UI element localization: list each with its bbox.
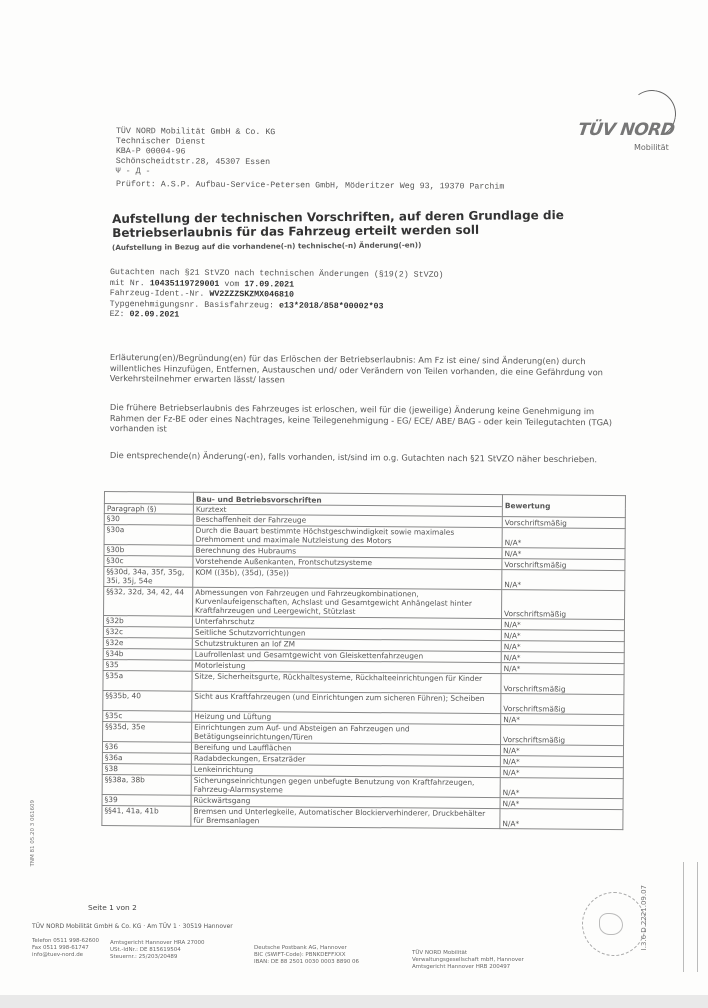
pruefort: Prüfort: A.S.P. Aufbau-Service-Petersen …	[116, 180, 504, 192]
label: mit Nr.	[110, 278, 150, 287]
cell-bewertung: N/A*	[501, 641, 624, 653]
cell-paragraph: §35	[103, 659, 192, 671]
cell-bewertung: Vorschriftsmäßig	[501, 674, 624, 695]
cell-paragraph: §§38a, 38b	[102, 774, 191, 795]
margin-line	[697, 862, 698, 972]
footer-line: BIC (SWIFT-Code): PBNKDEFFXXX	[254, 952, 359, 959]
gutachten-info: Gutachten nach §21 StVZO nach technische…	[110, 268, 444, 323]
document-subtitle: (Aufstellung in Bezug auf die vorhandene…	[112, 240, 421, 252]
document-page: TÜV NORD Mobilität TÜV NORD Mobilität Gm…	[0, 0, 708, 995]
cell-paragraph: §30b	[104, 545, 193, 557]
cell-kurztext: Sicherungseinrichtungen gegen unbefugte …	[191, 775, 500, 797]
stamp-date: I.3.6 D 2221.09.07	[640, 885, 648, 950]
cell-bewertung: N/A*	[501, 663, 624, 675]
cell-bewertung: Vorschriftsmäßig	[502, 590, 625, 620]
cell-bewertung: N/A*	[501, 714, 624, 726]
footer-line: Telefon 0511 998-62600	[32, 938, 99, 945]
cell-kurztext: Einrichtungen zum Auf- und Absteigen an …	[192, 722, 501, 744]
cell-paragraph: §§32, 32d, 34, 42, 44	[104, 587, 193, 617]
cell-paragraph: §35c	[103, 710, 192, 722]
cell-paragraph: §39	[102, 794, 191, 806]
vin: WV2ZZZSKZMX046810	[209, 290, 294, 300]
ez-line: EZ: 02.09.2021	[110, 310, 444, 323]
cell-paragraph: §§30d, 34a, 35f, 35g, 35i, 35j, 54e	[104, 567, 193, 588]
table-body: §30Beschaffenheit der FahrzeugeVorschrif…	[102, 514, 625, 830]
header-paragraph: Paragraph (§)	[104, 504, 193, 515]
footer-line: Fax 0511 998-61747	[32, 945, 99, 952]
footer-line: TÜV NORD Mobilität	[412, 950, 524, 957]
gutachten-date: 17.09.2021	[244, 280, 294, 289]
cell-bewertung: N/A*	[500, 745, 623, 757]
footer-line: IBAN: DE 88 2501 0030 0003 8890 06	[254, 959, 359, 966]
document-title: Aufstellung der technischen Vorschriften…	[112, 208, 572, 240]
footer-bank: Deutsche Postbank AG, Hannover BIC (SWIF…	[254, 945, 359, 966]
footer-management: TÜV NORD Mobilität Verwaltungsgesellscha…	[412, 950, 524, 971]
cell-kurztext: KOM ((35b), (35d), (35e))	[193, 567, 502, 589]
gutachten-number: 10435119729001	[150, 279, 220, 289]
cell-paragraph: §§35d, 35e	[103, 721, 192, 742]
cell-paragraph: §32e	[103, 637, 192, 649]
label: vom	[219, 279, 244, 288]
cell-paragraph: §38	[102, 763, 191, 775]
type-approval: e13*2018/858*00002*03	[279, 301, 384, 311]
stamp-emblem	[599, 913, 623, 935]
explanation-1: Erläuterung(en)/Begründung(en) für das E…	[110, 352, 630, 388]
table-row: §§41, 41a, 41bBremsen und Unterlegkeile,…	[102, 805, 623, 829]
cell-bewertung: N/A*	[500, 798, 623, 810]
footer-registry: Amtsgericht Hannover HRA 27000 USt.-IdNr…	[110, 940, 204, 961]
cell-bewertung: N/A*	[500, 756, 623, 768]
header-bewertung: Bewertung	[502, 495, 625, 518]
cell-paragraph: §30a	[104, 525, 193, 546]
page-number: Seite 1 von 2	[88, 903, 137, 912]
logo-sub: Mobilität	[634, 143, 669, 152]
footer-line: Deutsche Postbank AG, Hannover	[254, 945, 359, 952]
cell-bewertung: N/A*	[501, 619, 624, 631]
label: Typgenehmigungsnr. Basisfahrzeug:	[110, 299, 279, 309]
footer-line: Verwaltungsgesellschaft mbH, Hannover	[412, 957, 524, 964]
cell-kurztext: Abmessungen von Fahrzeugen und Fahrzeugk…	[193, 587, 502, 618]
cell-paragraph: §36	[102, 741, 191, 753]
cell-paragraph: §35a	[103, 670, 192, 691]
cell-bewertung: N/A*	[501, 652, 624, 664]
cell-kurztext: Bremsen und Unterlegkeile, Automatischer…	[191, 806, 500, 828]
cell-paragraph: §36a	[102, 752, 191, 764]
label: EZ:	[110, 310, 130, 319]
cell-kurztext: Sitze, Sicherheitsgurte, Rückhaltesystem…	[192, 671, 501, 693]
cell-paragraph: §32c	[103, 626, 192, 638]
logo-brand: TÜV NORD	[577, 120, 676, 140]
sender-address: TÜV NORD Mobilität GmbH & Co. KG Technis…	[116, 127, 276, 178]
cell-paragraph: §30	[104, 514, 193, 526]
cell-bewertung: N/A*	[500, 767, 623, 779]
cell-bewertung: N/A*	[502, 528, 625, 549]
cell-bewertung: Vorschriftsmäßig	[501, 725, 624, 746]
cell-paragraph: §32b	[103, 616, 192, 628]
cell-paragraph: §§35b, 40	[103, 690, 192, 711]
cell-bewertung: Vorschriftsmäßig	[502, 559, 625, 571]
cell-kurztext: Sicht aus Kraftfahrzeugen (und Einrichtu…	[192, 691, 501, 713]
regulations-table: Bau- und Betriebsvorschriften Bewertung …	[101, 491, 626, 830]
header-empty	[104, 492, 193, 505]
footer-contact: Telefon 0511 998-62600 Fax 0511 998-6174…	[32, 938, 99, 959]
margin-line	[683, 862, 684, 972]
explanation-2: Die frühere Betriebserlaubnis des Fahrze…	[110, 402, 630, 438]
cell-kurztext: Durch die Bauart bestimmte Höchstgeschwi…	[193, 525, 502, 547]
label: Fahrzeug-Ident.-Nr.	[110, 289, 210, 299]
footer-company: TÜV NORD Mobilität GmbH & Co. KG · Am TÜ…	[32, 923, 233, 930]
address-line: Ψ - Д -	[116, 167, 275, 178]
cell-bewertung: N/A*	[500, 778, 623, 799]
cell-bewertung: N/A*	[502, 548, 625, 560]
cell-paragraph: §30c	[104, 556, 193, 568]
footer-line: Amtsgericht Hannover HRA 27000	[110, 940, 204, 947]
tuev-nord-logo: TÜV NORD Mobilität	[578, 90, 688, 160]
explanation-3: Die entsprechende(n) Änderung(-en), fall…	[110, 450, 630, 465]
form-code: TNM 81 05.20 3 061609	[30, 800, 36, 866]
cell-paragraph: §§41, 41a, 41b	[102, 805, 191, 826]
cell-bewertung: Vorschriftsmäßig	[501, 694, 624, 715]
cell-bewertung: Vorschriftsmäßig	[502, 517, 625, 529]
table-row: §§32, 32d, 34, 42, 44Abmessungen von Fah…	[104, 587, 625, 620]
ez-date: 02.09.2021	[129, 310, 179, 319]
cell-paragraph: §34b	[103, 648, 192, 660]
footer-line: Amtsgericht Hannover HRB 200497	[412, 964, 524, 971]
cell-bewertung: N/A*	[502, 570, 625, 591]
cell-bewertung: N/A*	[501, 630, 624, 642]
official-stamp-icon	[582, 892, 646, 956]
footer-line: info@tuev-nord.de	[32, 952, 99, 959]
footer-line: Steuernr.: 25/203/20489	[110, 954, 204, 961]
viewer-bottom-strip	[0, 995, 708, 1008]
cell-bewertung: N/A*	[500, 809, 623, 830]
footer-line: USt.-IdNr.: DE 815619504	[110, 947, 204, 954]
